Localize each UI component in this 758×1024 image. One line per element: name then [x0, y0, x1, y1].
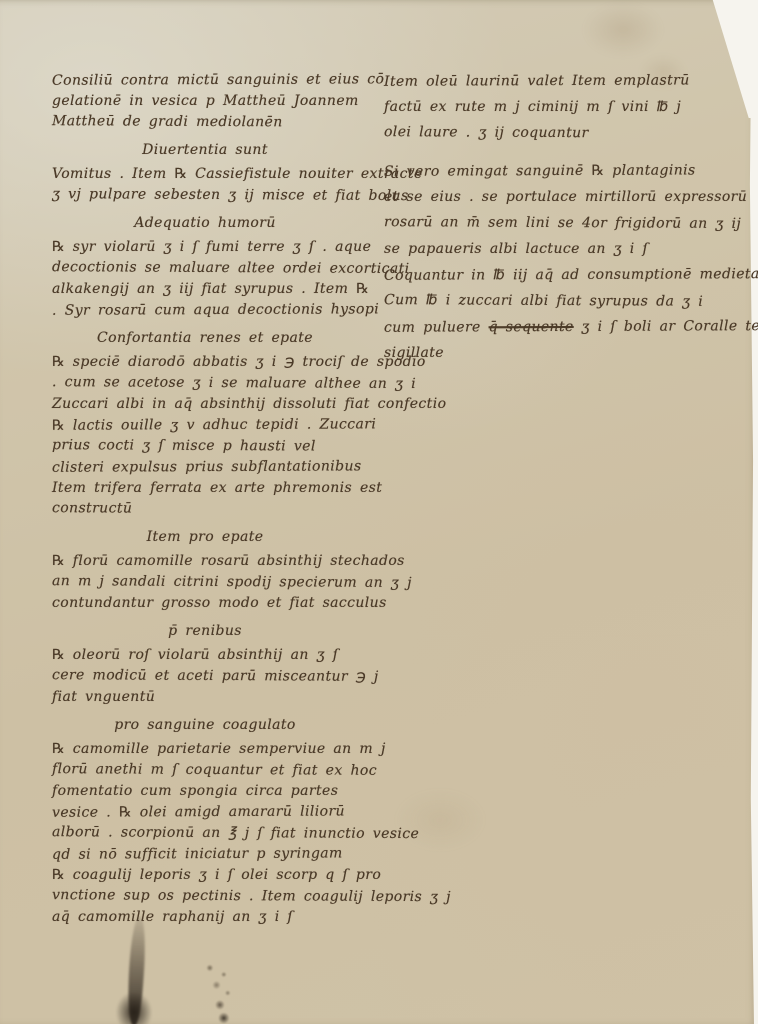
manuscript-line: cere modicū et aceti parū misceantur ℈ j [52, 665, 388, 688]
manuscript-line: florū anethi m ſ coquantur et fiat ex ho… [52, 759, 388, 782]
manuscript-line: olei laure . ʒ ij coquantur [384, 119, 736, 147]
manuscript-line: ℞ coagulij leporis ʒ i ſ olei scorp q ſ … [52, 865, 388, 886]
section-heading: Item pro epate [52, 527, 358, 548]
manuscript-line: aq̄ camomille raphanij an ʒ i ſ [52, 907, 388, 928]
manuscript-line: ʒ vj pulpare sebesten ʒ ij misce et fiat… [52, 184, 388, 207]
manuscript-line: alkakengij an ʒ iij fiat syrupus . Item … [52, 279, 388, 300]
section-heading: Adequatio humorū [52, 213, 358, 234]
ink-blot-stain [116, 992, 152, 1024]
manuscript-line: et se eius . se portulace mirtillorū exp… [384, 184, 736, 210]
paper-stain [583, 2, 663, 57]
ink-speckle-stain [193, 960, 249, 1024]
manuscript-line: Item trifera ferrata ex arte phremonis e… [52, 478, 388, 499]
manuscript-line: decoctionis se maluare altee ordei excor… [52, 257, 388, 280]
manuscript-line: fomentatio cum spongia circa partes [52, 781, 388, 802]
manuscript-line: Cum ℔ i zuccari albi fiat syrupus da ʒ i [384, 287, 736, 315]
manuscript-line: ℞ camomille parietarie semperviue an m j [52, 739, 388, 760]
manuscript-line: . cum se acetose ʒ i se maluare althee a… [52, 372, 388, 395]
manuscript-line: ℞ oleorū roſ violarū absinthij an ʒ ſ [52, 645, 388, 666]
manuscript-line: ℞ lactis ouille ʒ v adhuc tepidi . Zucca… [52, 414, 388, 436]
manuscript-line: an m j sandali citrini spodij specierum … [52, 571, 388, 594]
manuscript-line: ℞ speciē diarodō abbatis ʒ i ℈ trociſ de… [52, 352, 388, 373]
right-text-column: Item oleū laurinū valet Item emplastrūfa… [384, 68, 736, 378]
manuscript-line: factū ex rute m j ciminij m ſ vini ℔ j [384, 94, 736, 120]
text-block: Confortantia renes et epate℞ speciē diar… [52, 328, 388, 520]
manuscript-line: fiat vnguentū [52, 687, 388, 708]
text-block: Adequatio humorū℞ syr violarū ʒ i ſ fumi… [52, 213, 388, 321]
manuscript-line: Zuccari albi in aq̄ absinthij dissoluti … [52, 394, 388, 415]
manuscript-line: clisteri expulsus prius subflantationibu… [52, 456, 388, 478]
section-heading: Diuertentia sunt [52, 140, 358, 161]
section-heading: p̄ renibus [52, 621, 358, 642]
manuscript-line: ℞ syr violarū ʒ i ſ fumi terre ʒ ſ . aqu… [52, 237, 388, 258]
manuscript-line: cum puluere q̄ sequente ʒ i ſ boli ar Co… [384, 313, 736, 341]
manuscript-line: qd si nō sufficit iniciatur p syringam [52, 843, 388, 865]
text-block: Item oleū laurinū valet Item emplastrūfa… [384, 68, 736, 146]
manuscript-line: Item oleū laurinū valet Item emplastrū [384, 67, 736, 95]
left-text-column: Consiliū contra mictū sanguinis et eius … [52, 70, 388, 928]
text-block: Diuertentia suntVomitus . Item ℞ Cassief… [52, 140, 388, 206]
section-heading: Confortantia renes et epate [52, 328, 358, 349]
struck-text: q̄ sequente [489, 319, 574, 335]
text-block: p̄ renibus℞ oleorū roſ violarū absinthij… [52, 621, 388, 708]
text-block: Si vero emingat sanguinē ℞ plantaginiset… [384, 158, 736, 366]
manuscript-line: contundantur grosso modo et fiat sacculu… [52, 593, 388, 614]
manuscript-line: alborū . scorpionū an ℥ j ſ fiat inuncti… [52, 822, 388, 845]
manuscript-line: Si vero emingat sanguinē ℞ plantaginis [384, 157, 736, 185]
text-block: Item pro epate℞ florū camomille rosarū a… [52, 527, 388, 614]
text-block: pro sanguine coagulato℞ camomille pariet… [52, 715, 388, 928]
manuscript-line: sigillate [384, 340, 736, 366]
manuscript-line: Mattheū de gradi mediolanēn [52, 111, 388, 134]
text-block: Consiliū contra mictū sanguinis et eius … [52, 70, 388, 133]
manuscript-line: ℞ florū camomille rosarū absinthij stech… [52, 551, 388, 572]
manuscript-line: constructū [52, 498, 388, 521]
manuscript-line: vnctione sup os pectinis . Item coagulij… [52, 885, 388, 908]
manuscript-line: . Syr rosarū cum aqua decoctionis hysopi [52, 299, 388, 321]
manuscript-line: prius cocti ʒ ſ misce p hausti vel [52, 435, 388, 458]
manuscript-line: Coquantur in ℔ iij aq̄ ad consumptionē m… [384, 261, 736, 289]
manuscript-scan: Consiliū contra mictū sanguinis et eius … [0, 0, 758, 1024]
manuscript-line: vesice . ℞ olei amigd amararū liliorū [52, 801, 388, 823]
manuscript-line: se papaueris albi lactuce an ʒ i ſ [384, 236, 736, 262]
manuscript-line: Consiliū contra mictū sanguinis et eius … [52, 69, 388, 91]
manuscript-line: gelationē in vesica p Mattheū Joannem [52, 91, 388, 112]
manuscript-line: rosarū an m̄ sem lini se 4or frigidorū a… [384, 209, 736, 237]
manuscript-line: Vomitus . Item ℞ Cassiefistule nouiter e… [52, 164, 388, 185]
section-heading: pro sanguine coagulato [52, 715, 358, 736]
